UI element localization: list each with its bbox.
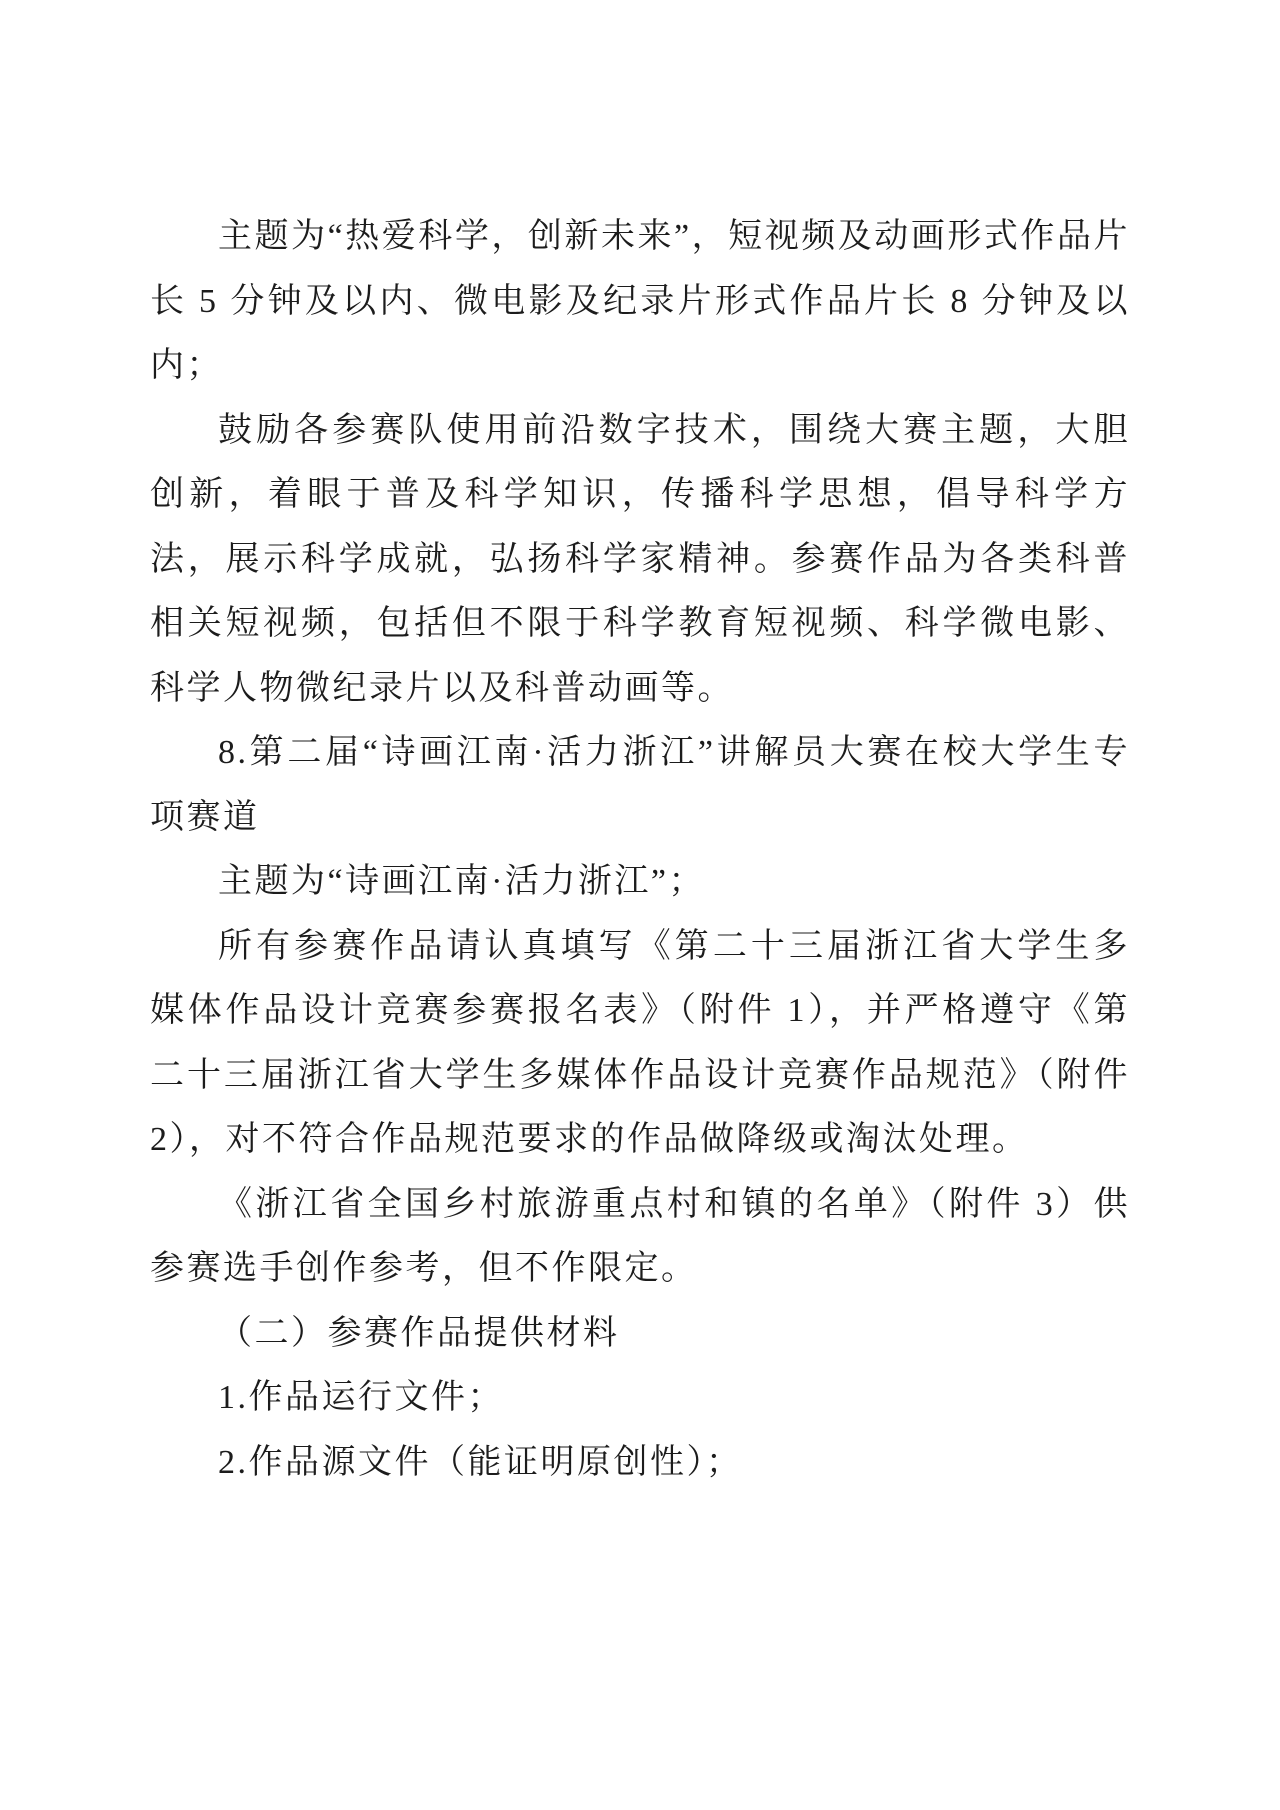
paragraph-item-source-file: 2.作品源文件（能证明原创性）； xyxy=(150,1431,1130,1496)
paragraph-encourage-tech: 鼓励各参赛队使用前沿数字技术，围绕大赛主题，大胆创新，着眼于普及科学知识，传播科… xyxy=(150,399,1130,722)
paragraph-heading-track-8: 8.第二届“诗画江南·活力浙江”讲解员大赛在校大学生专项赛道 xyxy=(150,721,1130,850)
paragraph-theme-science: 主题为“热爱科学，创新未来”，短视频及动画形式作品片长 5 分钟及以内、微电影及… xyxy=(150,205,1130,399)
paragraph-theme-jiangnan: 主题为“诗画江南·活力浙江”； xyxy=(150,850,1130,915)
paragraph-registration-rules: 所有参赛作品请认真填写《第二十三届浙江省大学生多媒体作品设计竞赛参赛报名表》（附… xyxy=(150,915,1130,1173)
paragraph-item-run-file: 1.作品运行文件； xyxy=(150,1366,1130,1431)
document-text-block: 主题为“热爱科学，创新未来”，短视频及动画形式作品片长 5 分钟及以内、微电影及… xyxy=(150,0,1130,1495)
paragraph-village-list-note: 《浙江省全国乡村旅游重点村和镇的名单》（附件 3）供参赛选手创作参考，但不作限定… xyxy=(150,1173,1130,1302)
paragraph-heading-materials: （二）参赛作品提供材料 xyxy=(150,1302,1130,1367)
document-page: 主题为“热爱科学，创新未来”，短视频及动画形式作品片长 5 分钟及以内、微电影及… xyxy=(0,0,1280,1810)
